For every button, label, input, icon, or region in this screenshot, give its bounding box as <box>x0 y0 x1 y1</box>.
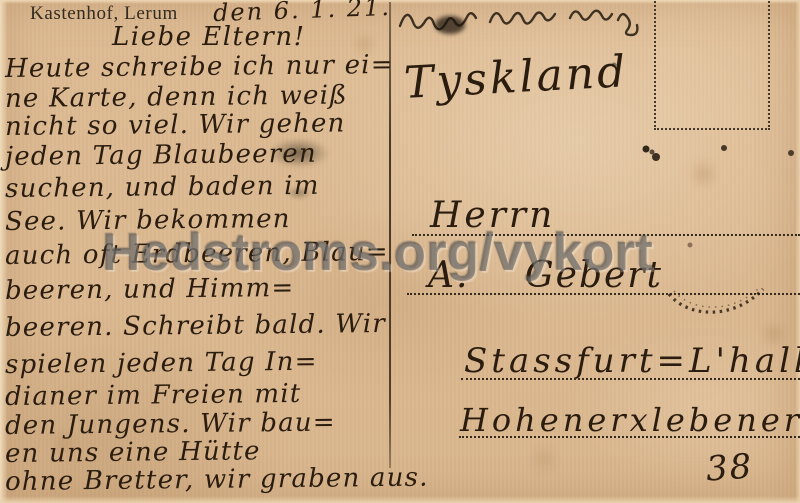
ink-blot <box>435 16 465 34</box>
message-line: den Jungens. Wir bau= <box>5 408 336 441</box>
message-line: spielen jeden Tag In= <box>5 347 318 380</box>
address-house-number: 38 <box>705 446 755 489</box>
postcard-scan: Kastenhof, Lerum den 6. 1. 21. Liebe Elt… <box>0 0 800 503</box>
address-city-line: Stassfurt=L'hall <box>464 341 800 381</box>
inverted-handwriting-scribble <box>394 0 646 46</box>
address-country: Tyskland <box>403 46 630 109</box>
message-line: nicht so viel. Wir gehen <box>5 108 346 142</box>
paper-edge-bottom <box>0 496 800 503</box>
message-line: beeren. Schreibt bald. Wir <box>5 309 386 343</box>
stamp-box <box>654 0 770 130</box>
ink-smudge-small <box>286 186 312 200</box>
message-line: dianer im Freien mit <box>5 379 302 412</box>
address-rule-3 <box>461 378 800 380</box>
address-rule-4 <box>459 436 800 438</box>
postmark-arc <box>666 286 766 324</box>
foxing-spots <box>0 0 8 8</box>
ink-smudge <box>268 138 330 168</box>
message-line: ohne Bretter, wir graben aus. <box>5 463 429 497</box>
address-street-line: Hohenerxlebener Str <box>460 401 800 439</box>
watermark-text: Hedstroms.org/vykort <box>102 222 653 283</box>
message-salutation: Liebe Eltern! <box>112 22 306 52</box>
message-line: suchen, und baden im <box>5 171 320 204</box>
message-line: Heute schreibe ich nur ei= <box>5 50 394 84</box>
